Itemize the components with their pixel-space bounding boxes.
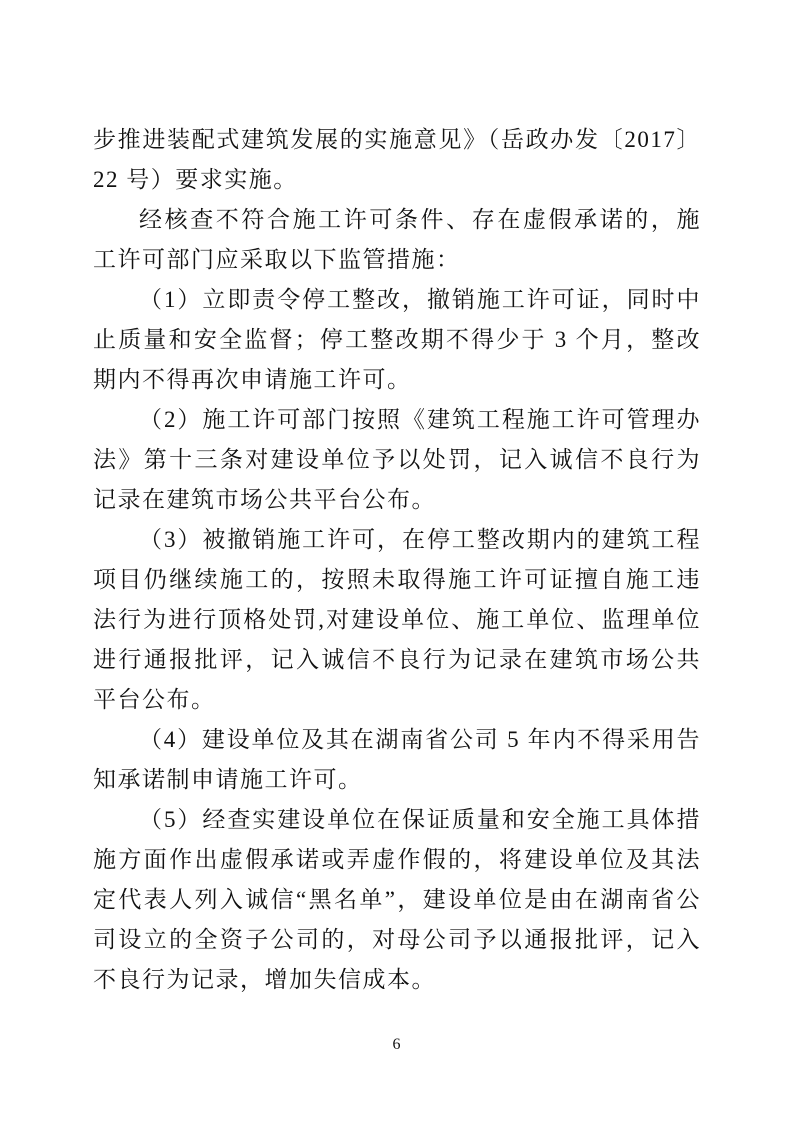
paragraph: （4）建设单位及其在湖南省公司 5 年内不得采用告知承诺制申请施工许可。 (93, 720, 701, 800)
paragraph: 步推进装配式建筑发展的实施意见》（岳政办发〔2017〕22 号）要求实施。 (93, 120, 701, 200)
paragraph: 经核查不符合施工许可条件、存在虚假承诺的，施工许可部门应采取以下监管措施： (93, 200, 701, 280)
paragraph: （1）立即责令停工整改，撤销施工许可证，同时中止质量和安全监督；停工整改期不得少… (93, 280, 701, 400)
document-body: 步推进装配式建筑发展的实施意见》（岳政办发〔2017〕22 号）要求实施。经核查… (93, 120, 701, 1000)
paragraph: （2）施工许可部门按照《建筑工程施工许可管理办法》第十三条对建设单位予以处罚，记… (93, 400, 701, 520)
paragraph: （3）被撤销施工许可，在停工整改期内的建筑工程项目仍继续施工的，按照未取得施工许… (93, 520, 701, 720)
document-page: 步推进装配式建筑发展的实施意见》（岳政办发〔2017〕22 号）要求实施。经核查… (0, 0, 793, 1122)
paragraph: （5）经查实建设单位在保证质量和安全施工具体措施方面作出虚假承诺或弄虚作假的，将… (93, 800, 701, 1000)
page-number: 6 (0, 1036, 793, 1054)
